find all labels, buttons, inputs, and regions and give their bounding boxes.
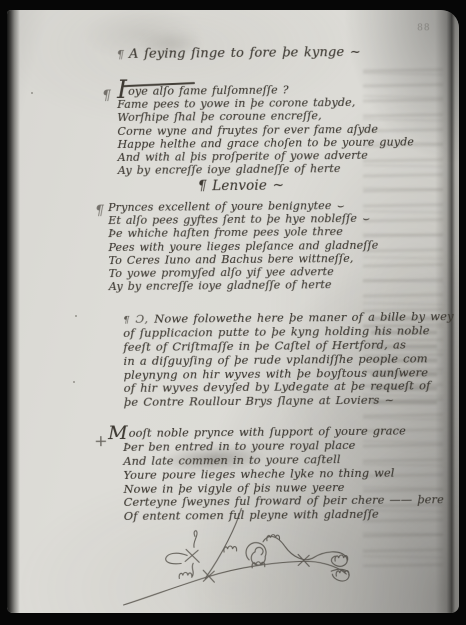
folio-mark: 88	[417, 23, 431, 33]
paraph-icon: ¶	[123, 315, 129, 326]
envoy-stanza: ¶ Prynces excellent of youre benignytee …	[108, 199, 379, 294]
cross-mark-icon: +	[94, 431, 108, 450]
paraph-icon: ¶	[95, 203, 104, 219]
rubric-line: þe Contre Roullour Brys ſlayne at Lovier…	[124, 393, 455, 410]
manuscript-line: Ay by encreſſe ioye gladneſſe of herte	[109, 278, 379, 294]
paraph-icon: ¶	[117, 48, 124, 61]
pen-flourish	[109, 507, 370, 609]
manuscript-line: Ay by encreſſe ioye gladneſſe of herte	[118, 162, 415, 178]
manuscript-page: 88 ¶A ſeying ſinge to fore þe kynge ~ ¶ …	[7, 10, 459, 613]
paraph-icon: ¶	[102, 88, 111, 104]
envoy-heading: ¶ Lenvoie ~	[156, 177, 326, 194]
rubric: ¶Ɔ,Nowe folowethe here þe maner of a bil…	[123, 310, 454, 410]
page-content: 88 ¶A ſeying ſinge to fore þe kynge ~ ¶ …	[4, 8, 461, 615]
poem-title-text: A ſeying ſinge to fore þe kynge ~	[129, 45, 361, 62]
poem-title: ¶A ſeying ſinge to fore þe kynge ~	[113, 45, 365, 62]
photo-background: 88 ¶A ſeying ſinge to fore þe kynge ~ ¶ …	[0, 0, 466, 625]
flourish-mark: Ɔ,	[135, 312, 148, 326]
closing-stanza: ¶ Ioye alſo fame fulſomneſſe ? Fame pees…	[117, 82, 414, 177]
